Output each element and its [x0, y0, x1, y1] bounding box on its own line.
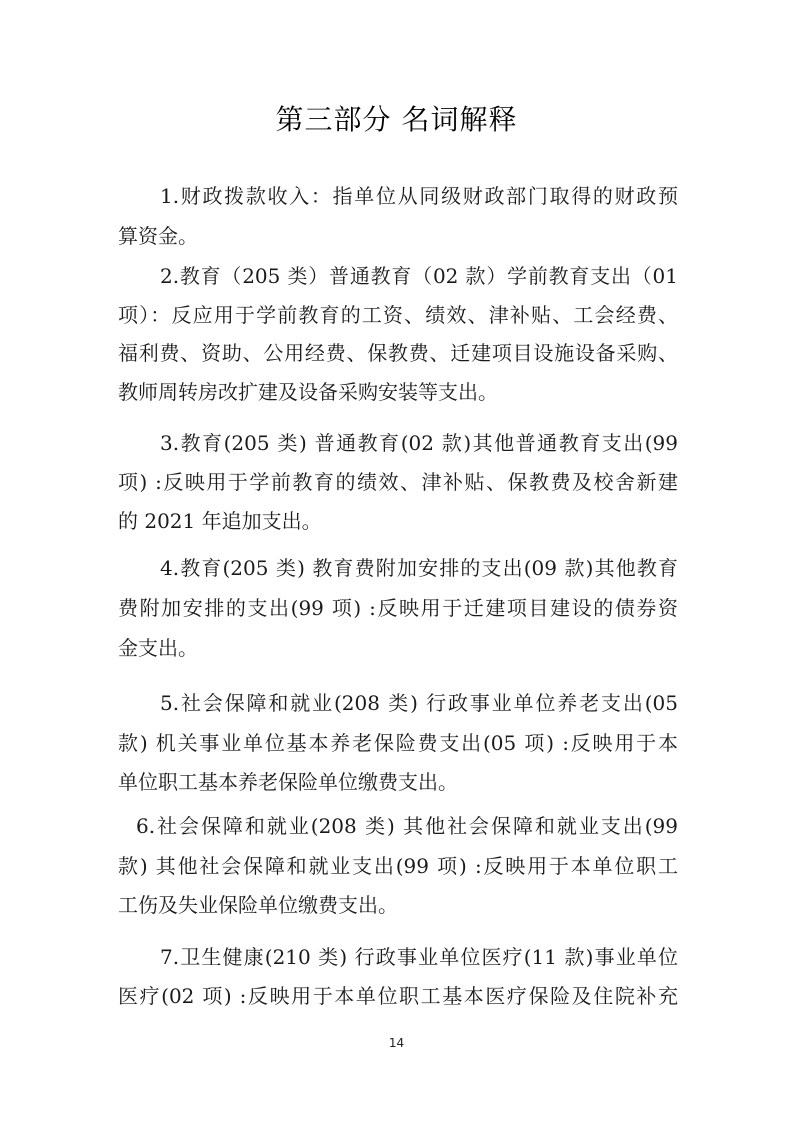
text-line: 项) :反映用于学前教育的绩效、津补贴、保教费及校舍新建: [118, 470, 678, 494]
text-line: 3.教育(205 类) 普通教育(02 款)其他普通教育支出(99: [160, 431, 678, 455]
text-line: 5.社会保障和就业(208 类) 行政事业单位养老支出(05: [160, 691, 678, 715]
text-line: 工伤及失业保险单位缴费支出。: [118, 893, 678, 917]
text-line: 项）：反应用于学前教育的工资、绩效、津补贴、工会经费、: [118, 303, 678, 327]
text-line: 教师周转房改扩建及设备采购安装等支出。: [118, 380, 678, 404]
page-number: 14: [0, 1036, 793, 1050]
text-line: 款) 机关事业单位基本养老保险费支出(05 项) :反映用于本: [118, 731, 678, 755]
text-line: 医疗(02 项) :反映用于本单位职工基本医疗保险及住院补充: [118, 984, 678, 1008]
text-line: 费附加安排的支出(99 项) :反映用于迁建项目建设的债券资: [118, 596, 678, 620]
text-line: 款) 其他社会保障和就业支出(99 项) :反映用于本单位职工: [118, 854, 678, 878]
text-line: 的 2021 年追加支出。: [118, 509, 678, 533]
page-title: 第三部分 名词解释: [0, 98, 793, 138]
text-line: 2.教育（205 类）普通教育（02 款）学前教育支出（01: [160, 264, 678, 288]
text-line: 金支出。: [118, 636, 678, 660]
text-line: 6.社会保障和就业(208 类) 其他社会保障和就业支出(99: [136, 814, 678, 838]
text-line: 7.卫生健康(210 类) 行政事业单位医疗(11 款)事业单位: [160, 945, 678, 969]
text-line: 1.财政拨款收入：指单位从同级财政部门取得的财政预: [160, 184, 678, 208]
text-line: 算资金。: [118, 224, 678, 248]
text-line: 4.教育(205 类) 教育费附加安排的支出(09 款)其他教育: [160, 556, 678, 580]
text-line: 福利费、资助、公用经费、保教费、迁建项目设施设备采购、: [118, 341, 678, 365]
text-line: 单位职工基本养老保险单位缴费支出。: [118, 770, 678, 794]
